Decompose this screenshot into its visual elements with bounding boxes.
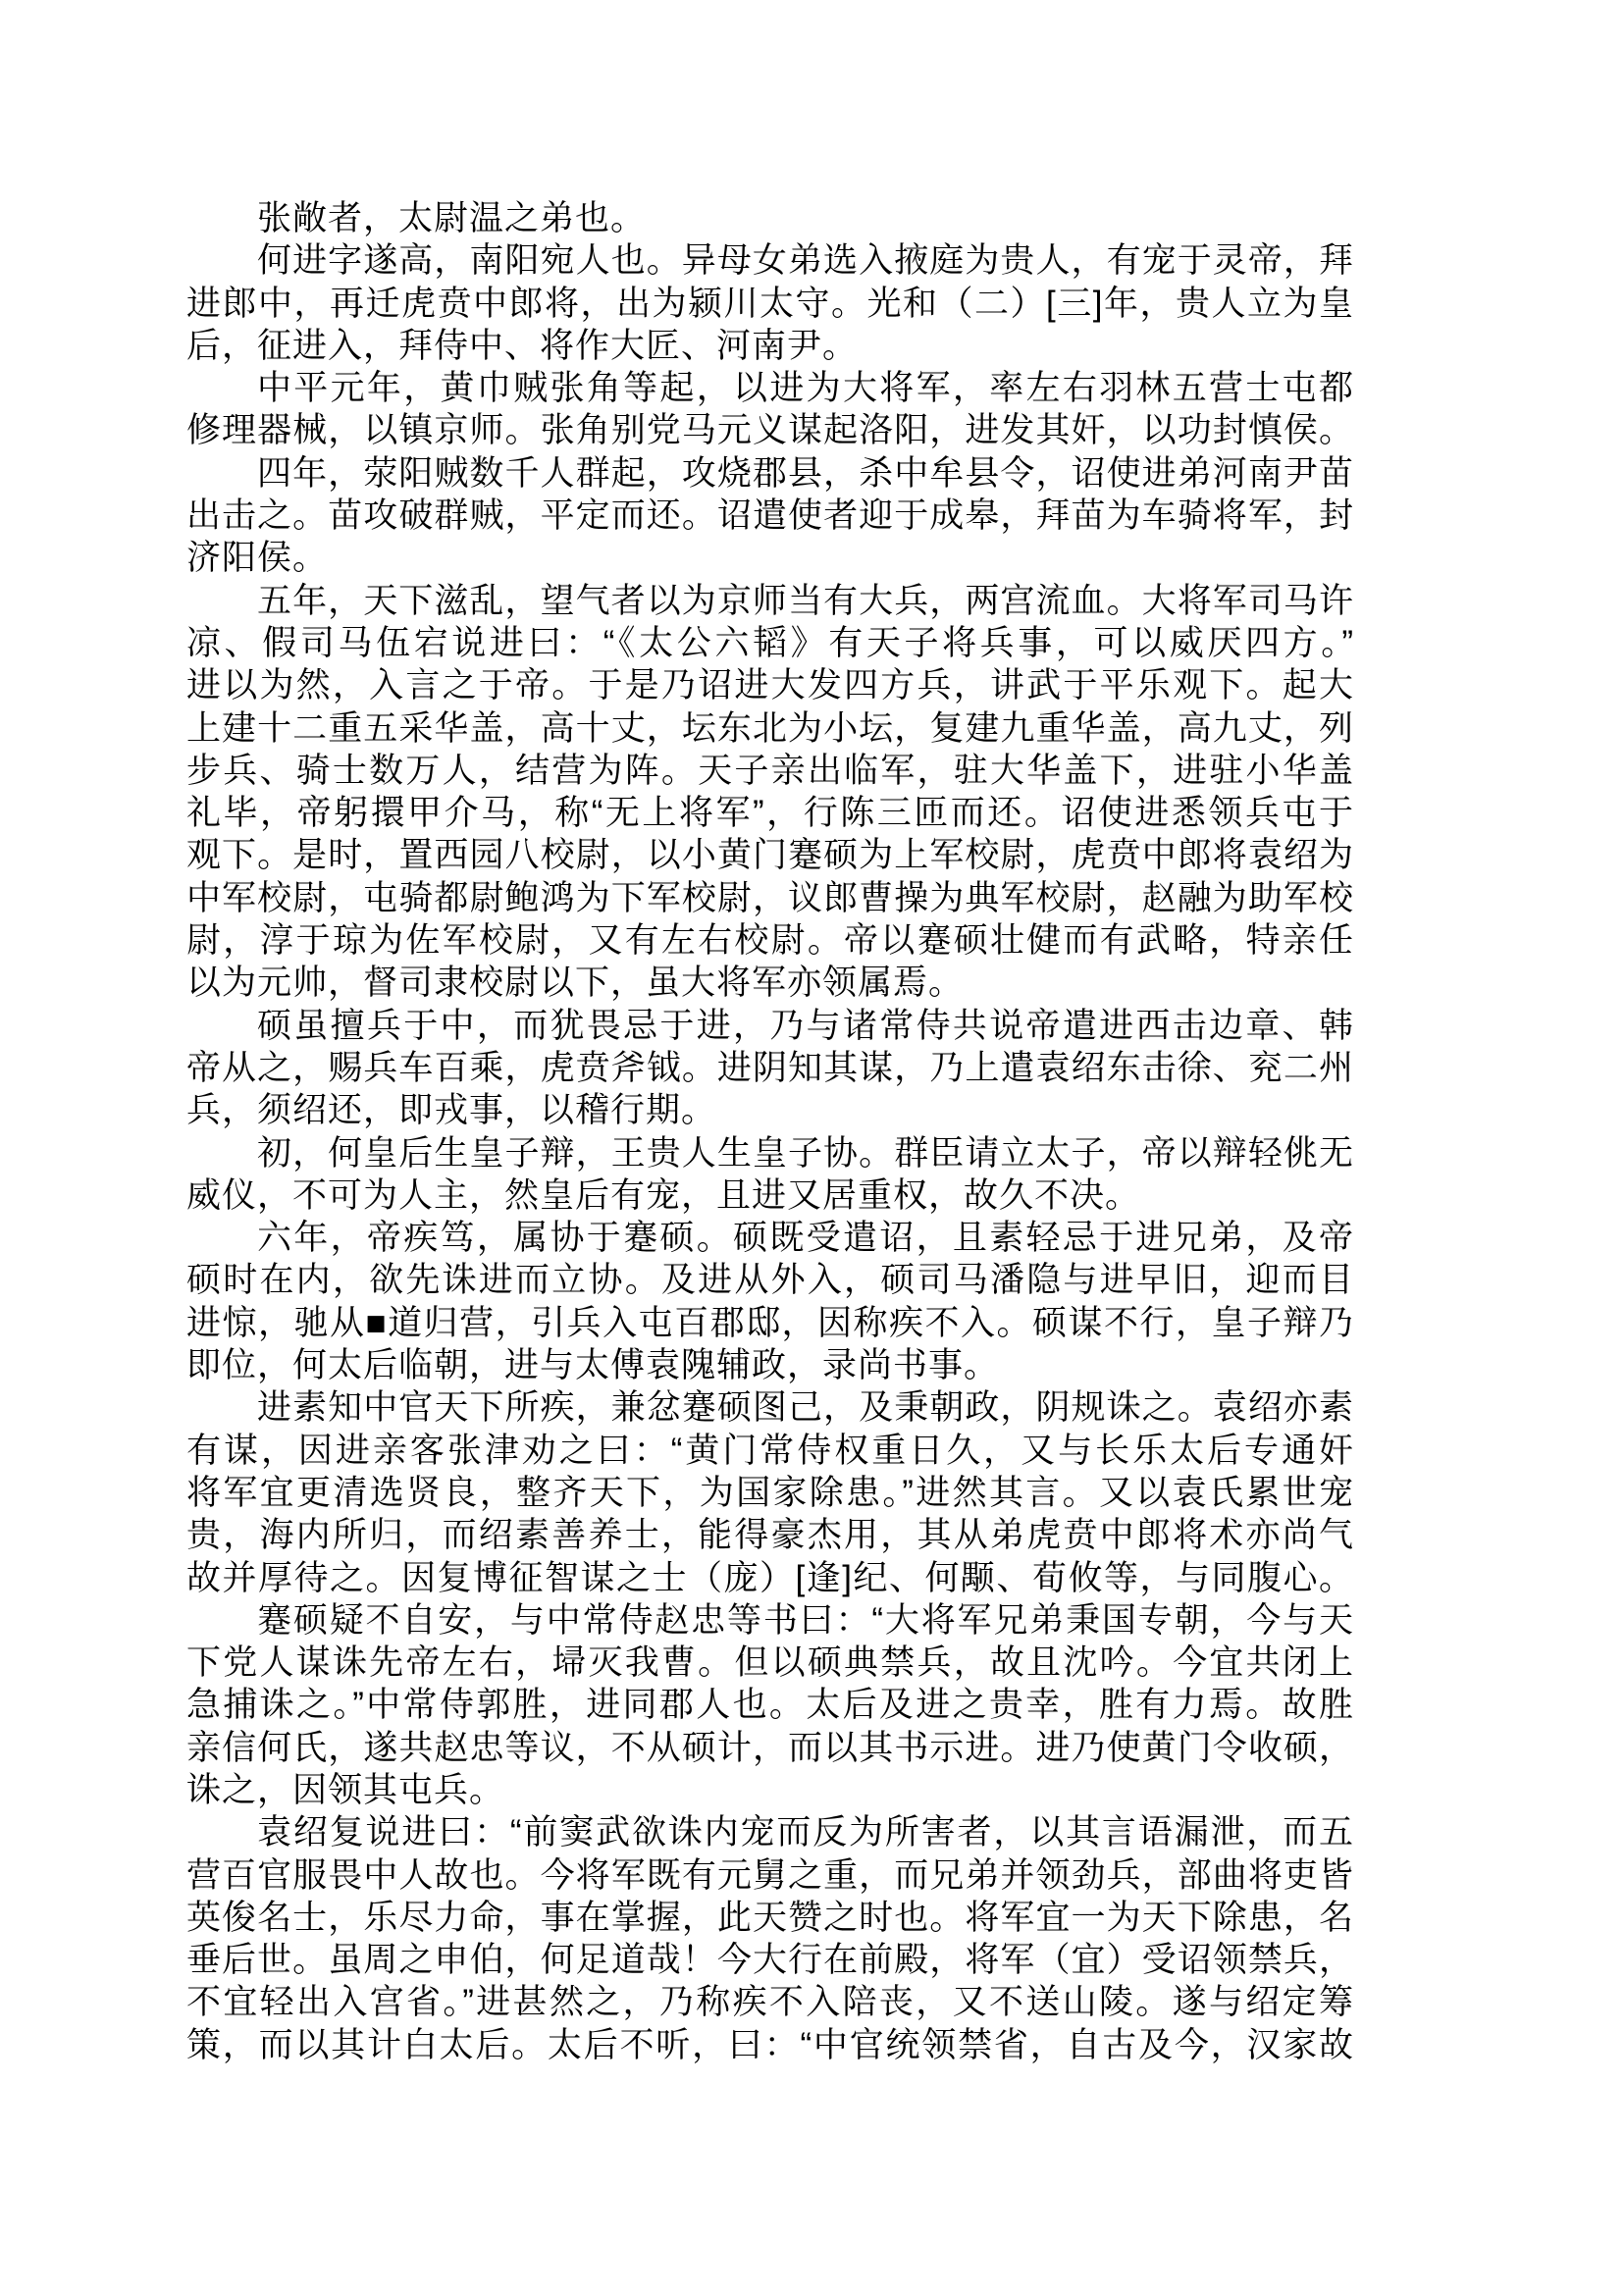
text-line: 英俊名士，乐尽力命，事在掌握，此天赞之时也。将军宜一为天下除患，名 (186, 1897, 1354, 1939)
text-line: 五年，天下滋乱，望气者以为京师当有大兵，两宫流血。大将军司马许 (186, 580, 1354, 622)
text-line: 中军校尉，屯骑都尉鲍鸿为下军校尉，议郎曹操为典军校尉，赵融为助军校 (186, 877, 1354, 919)
text-line: 济阳侯。 (186, 537, 1354, 579)
text-line: 进惊，驰从■道归营，引兵入屯百郡邸，因称疾不入。硕谋不行，皇子辩乃 (186, 1302, 1354, 1344)
text-line: 修理器械，以镇京师。张角别党马元义谋起洛阳，进发其奸，以功封慎侯。 (186, 409, 1354, 451)
text-line: 后，征进入，拜侍中、将作大匠、河南尹。 (186, 325, 1354, 367)
text-line: 进以为然，入言之于帝。于是乃诏进大发四方兵，讲武于平乐观下。起大坛， (186, 664, 1354, 706)
text-line: 尉，淳于琼为佐军校尉，又有左右校尉。帝以蹇硕壮健而有武略，特亲任之， (186, 919, 1354, 962)
text-line: 礼毕，帝躬擐甲介马，称“无上将军”，行陈三匝而还。诏使进悉领兵屯于 (186, 792, 1354, 834)
text-line: 四年，荥阳贼数千人群起，攻烧郡县，杀中牟县令，诏使进弟河南尹苗 (186, 452, 1354, 495)
text-line: 凉、假司马伍宕说进曰：“《太公六韬》有天子将兵事，可以威厌四方。” (186, 622, 1354, 664)
text-line: 硕虽擅兵于中，而犹畏忌于进，乃与诸常侍共说帝遣进西击边章、韩遂。 (186, 1005, 1354, 1047)
text-line: 六年，帝疾笃，属协于蹇硕。硕既受遣诏，且素轻忌于进兄弟，及帝崩， (186, 1217, 1354, 1259)
text-line: 诛之，因领其屯兵。 (186, 1769, 1354, 1811)
text-line: 将军宜更清选贤良，整齐天下，为国家除患。”进然其言。又以袁氏累世宠 (186, 1472, 1354, 1514)
text-line: 故并厚待之。因复博征智谋之士（庞）[逢]纪、何颙、荀攸等，与同腹心。 (186, 1557, 1354, 1599)
text-line: 垂后世。虽周之申伯，何足道哉！今大行在前殿，将军（宜）受诏领禁兵， (186, 1939, 1354, 1981)
text-line: 贵，海内所归，而绍素善养士，能得豪杰用，其从弟虎贲中郎将术亦尚气侠， (186, 1514, 1354, 1556)
text-line: 出击之。苗攻破群贼，平定而还。诏遣使者迎于成皋，拜苗为车骑将军，封 (186, 495, 1354, 537)
text-line: 步兵、骑士数万人，结营为阵。天子亲出临军，驻大华盖下，进驻小华盖下。 (186, 750, 1354, 792)
text-line: 营百官服畏中人故也。今将军既有元舅之重，而兄弟并领劲兵，部曲将吏皆 (186, 1854, 1354, 1897)
text-line: 即位，何太后临朝，进与太傅袁隗辅政，录尚书事。 (186, 1344, 1354, 1386)
text-line: 有谋，因进亲客张津劝之曰：“黄门常侍权重日久，又与长乐太后专通奸利， (186, 1430, 1354, 1472)
text-line: 上建十二重五采华盖，高十丈，坛东北为小坛，复建九重华盖，高九丈，列 (186, 707, 1354, 750)
text-line: 张敞者，太尉温之弟也。 (186, 197, 1354, 239)
text-line: 下党人谋诛先帝左右，埽灭我曹。但以硕典禁兵，故且沈吟。今宜共闭上阁， (186, 1642, 1354, 1684)
text-line: 观下。是时，置西园八校尉，以小黄门蹇硕为上军校尉，虎贲中郎将袁绍为 (186, 834, 1354, 876)
text-line: 帝从之，赐兵车百乘，虎贲斧钺。进阴知其谋，乃上遣袁绍东击徐、兖二州 (186, 1047, 1354, 1089)
text-line: 蹇硕疑不自安，与中常侍赵忠等书曰：“大将军兄弟秉国专朝，今与天 (186, 1599, 1354, 1642)
text-line: 策，而以其计白太后。太后不听，曰：“中官统领禁省，自古及今，汉家故 (186, 2024, 1354, 2066)
text-line: 何进字遂高，南阳宛人也。异母女弟选入掖庭为贵人，有宠于灵帝，拜 (186, 239, 1354, 282)
text-line: 以为元帅，督司隶校尉以下，虽大将军亦领属焉。 (186, 962, 1354, 1004)
document-page: 张敞者，太尉温之弟也。何进字遂高，南阳宛人也。异母女弟选入掖庭为贵人，有宠于灵帝… (0, 0, 1624, 2294)
text-line: 进素知中官天下所疾，兼忿蹇硕图己，及秉朝政，阴规诛之。袁绍亦素 (186, 1386, 1354, 1429)
text-line: 亲信何氏，遂共赵忠等议，不从硕计，而以其书示进。进乃使黄门令收硕， (186, 1727, 1354, 1769)
text-line: 中平元年，黄巾贼张角等起，以进为大将军，率左右羽林五营士屯都亭， (186, 367, 1354, 409)
text-line: 硕时在内，欲先诛进而立协。及进从外入，硕司马潘隐与进早旧，迎而目之。 (186, 1259, 1354, 1301)
text-line: 进郎中，再迁虎贲中郎将，出为颍川太守。光和（二）[三]年，贵人立为皇 (186, 283, 1354, 325)
text-line: 兵，须绍还，即戎事，以稽行期。 (186, 1089, 1354, 1131)
text-line: 袁绍复说进曰：“前窦武欲诛内宠而反为所害者，以其言语漏泄，而五 (186, 1811, 1354, 1853)
text-column: 张敞者，太尉温之弟也。何进字遂高，南阳宛人也。异母女弟选入掖庭为贵人，有宠于灵帝… (186, 197, 1354, 2066)
text-line: 威仪，不可为人主，然皇后有宠，且进又居重权，故久不决。 (186, 1174, 1354, 1217)
text-line: 初，何皇后生皇子辩，王贵人生皇子协。群臣请立太子，帝以辩轻佻无 (186, 1132, 1354, 1174)
text-line: 不宜轻出入宫省。”进甚然之，乃称疾不入陪丧，又不送山陵。遂与绍定筹 (186, 1981, 1354, 2023)
text-line: 急捕诛之。”中常侍郭胜，进同郡人也。太后及进之贵幸，胜有力焉。故胜 (186, 1684, 1354, 1726)
